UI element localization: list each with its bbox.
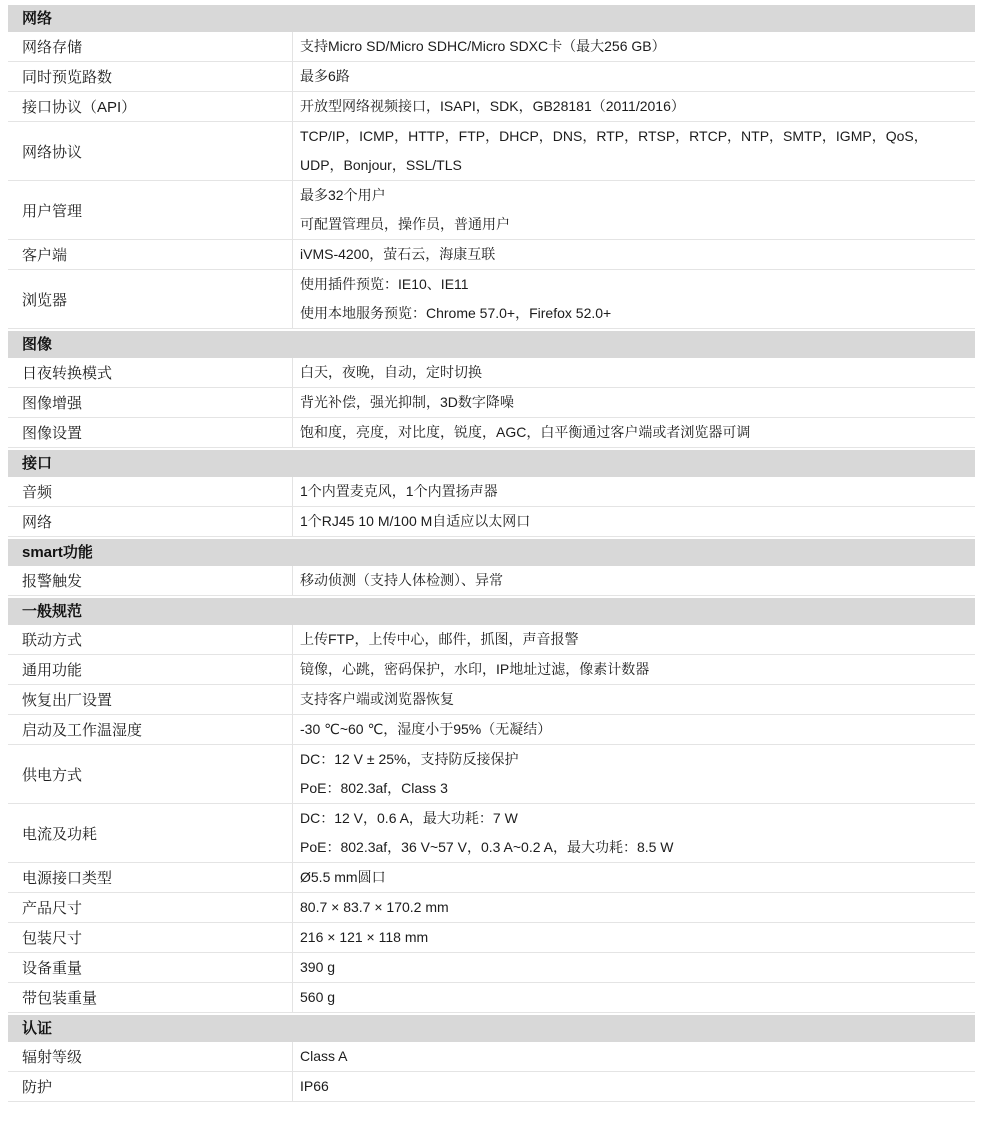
spec-value-line: 开放型网络视频接口，ISAPI，SDK，GB28181（2011/2016） xyxy=(300,92,975,121)
spec-label: 图像增强 xyxy=(8,388,292,417)
spec-value: 最多6路 xyxy=(292,62,975,91)
spec-label: 带包装重量 xyxy=(8,983,292,1012)
spec-row: 客户端iVMS-4200，萤石云，海康互联 xyxy=(8,240,975,270)
spec-label: 启动及工作温湿度 xyxy=(8,715,292,744)
spec-value-line: 背光补偿，强光抑制，3D数字降噪 xyxy=(300,388,975,417)
spec-value: 80.7 × 83.7 × 170.2 mm xyxy=(292,893,975,922)
spec-row: 辐射等级Class A xyxy=(8,1042,975,1072)
spec-value: -30 ℃~60 ℃，湿度小于95%（无凝结） xyxy=(292,715,975,744)
spec-row: 图像设置饱和度，亮度，对比度，锐度，AGC，白平衡通过客户端或者浏览器可调 xyxy=(8,418,975,448)
spec-label: 报警触发 xyxy=(8,566,292,595)
spec-value-line: 移动侦测（支持人体检测）、异常 xyxy=(300,566,975,595)
spec-value: 背光补偿，强光抑制，3D数字降噪 xyxy=(292,388,975,417)
spec-value: 390 g xyxy=(292,953,975,982)
spec-value-line: IP66 xyxy=(300,1072,975,1101)
spec-label: 电源接口类型 xyxy=(8,863,292,892)
spec-value-line: -30 ℃~60 ℃，湿度小于95%（无凝结） xyxy=(300,715,975,744)
spec-value: DC：12 V ± 25%，支持防反接保护PoE：802.3af，Class 3 xyxy=(292,745,975,803)
spec-value-line: 80.7 × 83.7 × 170.2 mm xyxy=(300,893,975,922)
spec-value: IP66 xyxy=(292,1072,975,1101)
spec-value: DC：12 V，0.6 A，最大功耗：7 WPoE：802.3af，36 V~5… xyxy=(292,804,975,862)
spec-value: iVMS-4200，萤石云，海康互联 xyxy=(292,240,975,269)
spec-value-line: Ø5.5 mm圆口 xyxy=(300,863,975,892)
spec-value: TCP/IP，ICMP，HTTP，FTP，DHCP，DNS，RTP，RTSP，R… xyxy=(292,122,975,180)
spec-row: 启动及工作温湿度-30 ℃~60 ℃，湿度小于95%（无凝结） xyxy=(8,715,975,745)
spec-value-line: Class A xyxy=(300,1042,975,1071)
spec-label: 用户管理 xyxy=(8,181,292,239)
spec-row: 网络1个RJ45 10 M/100 M自适应以太网口 xyxy=(8,507,975,537)
spec-row: 音频1个内置麦克风，1个内置扬声器 xyxy=(8,477,975,507)
spec-label: 产品尺寸 xyxy=(8,893,292,922)
spec-value-line: 1个内置麦克风，1个内置扬声器 xyxy=(300,477,975,506)
spec-label: 辐射等级 xyxy=(8,1042,292,1071)
spec-value: 1个RJ45 10 M/100 M自适应以太网口 xyxy=(292,507,975,536)
spec-label: 恢复出厂设置 xyxy=(8,685,292,714)
spec-value: 支持客户端或浏览器恢复 xyxy=(292,685,975,714)
spec-value-line: 216 × 121 × 118 mm xyxy=(300,923,975,952)
spec-value-line: 最多6路 xyxy=(300,62,975,91)
spec-value: 使用插件预览：IE10、IE11使用本地服务预览：Chrome 57.0+，Fi… xyxy=(292,270,975,328)
spec-label: 包装尺寸 xyxy=(8,923,292,952)
spec-value-line: UDP，Bonjour，SSL/TLS xyxy=(300,151,975,180)
spec-row: 用户管理最多32个用户可配置管理员，操作员，普通用户 xyxy=(8,181,975,240)
section-header: 网络 xyxy=(8,5,975,32)
spec-label: 同时预览路数 xyxy=(8,62,292,91)
spec-value: 216 × 121 × 118 mm xyxy=(292,923,975,952)
spec-table: 网络网络存储支持Micro SD/Micro SDHC/Micro SDXC卡（… xyxy=(8,5,975,1102)
spec-row: 产品尺寸80.7 × 83.7 × 170.2 mm xyxy=(8,893,975,923)
spec-label: 防护 xyxy=(8,1072,292,1101)
spec-value: Class A xyxy=(292,1042,975,1071)
spec-value-line: 支持Micro SD/Micro SDHC/Micro SDXC卡（最大256 … xyxy=(300,32,975,61)
spec-row: 设备重量390 g xyxy=(8,953,975,983)
spec-row: 报警触发移动侦测（支持人体检测）、异常 xyxy=(8,566,975,596)
spec-label: 网络 xyxy=(8,507,292,536)
spec-label: 浏览器 xyxy=(8,270,292,328)
spec-value-line: 上传FTP，上传中心，邮件，抓图，声音报警 xyxy=(300,625,975,654)
section-header: 认证 xyxy=(8,1015,975,1042)
spec-row: 恢复出厂设置支持客户端或浏览器恢复 xyxy=(8,685,975,715)
spec-value: 上传FTP，上传中心，邮件，抓图，声音报警 xyxy=(292,625,975,654)
spec-value: 镜像，心跳，密码保护，水印，IP地址过滤，像素计数器 xyxy=(292,655,975,684)
spec-label: 网络存储 xyxy=(8,32,292,61)
spec-row: 接口协议（API）开放型网络视频接口，ISAPI，SDK，GB28181（201… xyxy=(8,92,975,122)
spec-value-line: PoE：802.3af，Class 3 xyxy=(300,774,975,803)
spec-value-line: 1个RJ45 10 M/100 M自适应以太网口 xyxy=(300,507,975,536)
section-header: 接口 xyxy=(8,450,975,477)
spec-value-line: 镜像，心跳，密码保护，水印，IP地址过滤，像素计数器 xyxy=(300,655,975,684)
spec-row: 日夜转换模式白天，夜晚，自动，定时切换 xyxy=(8,358,975,388)
spec-row: 供电方式DC：12 V ± 25%，支持防反接保护PoE：802.3af，Cla… xyxy=(8,745,975,804)
spec-label: 网络协议 xyxy=(8,122,292,180)
spec-value-line: 使用本地服务预览：Chrome 57.0+，Firefox 52.0+ xyxy=(300,299,975,328)
spec-row: 图像增强背光补偿，强光抑制，3D数字降噪 xyxy=(8,388,975,418)
spec-label: 接口协议（API） xyxy=(8,92,292,121)
spec-value-line: 可配置管理员，操作员，普通用户 xyxy=(300,210,975,239)
spec-row: 电源接口类型Ø5.5 mm圆口 xyxy=(8,863,975,893)
spec-value-line: DC：12 V ± 25%，支持防反接保护 xyxy=(300,745,975,774)
spec-value: 1个内置麦克风，1个内置扬声器 xyxy=(292,477,975,506)
spec-label: 设备重量 xyxy=(8,953,292,982)
spec-value-line: 390 g xyxy=(300,953,975,982)
spec-row: 带包装重量560 g xyxy=(8,983,975,1013)
spec-value: 最多32个用户可配置管理员，操作员，普通用户 xyxy=(292,181,975,239)
spec-row: 网络存储支持Micro SD/Micro SDHC/Micro SDXC卡（最大… xyxy=(8,32,975,62)
section-header: 一般规范 xyxy=(8,598,975,625)
spec-value: 支持Micro SD/Micro SDHC/Micro SDXC卡（最大256 … xyxy=(292,32,975,61)
spec-row: 防护IP66 xyxy=(8,1072,975,1102)
spec-row: 包装尺寸216 × 121 × 118 mm xyxy=(8,923,975,953)
spec-value-line: iVMS-4200，萤石云，海康互联 xyxy=(300,240,975,269)
spec-value: 开放型网络视频接口，ISAPI，SDK，GB28181（2011/2016） xyxy=(292,92,975,121)
spec-value-line: 饱和度，亮度，对比度，锐度，AGC，白平衡通过客户端或者浏览器可调 xyxy=(300,418,975,447)
spec-value: 饱和度，亮度，对比度，锐度，AGC，白平衡通过客户端或者浏览器可调 xyxy=(292,418,975,447)
spec-value-line: 最多32个用户 xyxy=(300,181,975,210)
spec-label: 电流及功耗 xyxy=(8,804,292,862)
spec-label: 音频 xyxy=(8,477,292,506)
spec-label: 日夜转换模式 xyxy=(8,358,292,387)
spec-label: 客户端 xyxy=(8,240,292,269)
spec-label: 图像设置 xyxy=(8,418,292,447)
spec-row: 电流及功耗DC：12 V，0.6 A，最大功耗：7 WPoE：802.3af，3… xyxy=(8,804,975,863)
spec-value-line: 560 g xyxy=(300,983,975,1012)
spec-value-line: DC：12 V，0.6 A，最大功耗：7 W xyxy=(300,804,975,833)
section-header: 图像 xyxy=(8,331,975,358)
spec-value: 560 g xyxy=(292,983,975,1012)
spec-row: 同时预览路数最多6路 xyxy=(8,62,975,92)
spec-label: 联动方式 xyxy=(8,625,292,654)
spec-label: 通用功能 xyxy=(8,655,292,684)
spec-value-line: 支持客户端或浏览器恢复 xyxy=(300,685,975,714)
spec-value-line: 使用插件预览：IE10、IE11 xyxy=(300,270,975,299)
spec-value: 移动侦测（支持人体检测）、异常 xyxy=(292,566,975,595)
spec-row: 浏览器使用插件预览：IE10、IE11使用本地服务预览：Chrome 57.0+… xyxy=(8,270,975,329)
spec-value-line: TCP/IP，ICMP，HTTP，FTP，DHCP，DNS，RTP，RTSP，R… xyxy=(300,122,975,151)
spec-value: Ø5.5 mm圆口 xyxy=(292,863,975,892)
spec-row: 网络协议TCP/IP，ICMP，HTTP，FTP，DHCP，DNS，RTP，RT… xyxy=(8,122,975,181)
spec-row: 通用功能镜像，心跳，密码保护，水印，IP地址过滤，像素计数器 xyxy=(8,655,975,685)
spec-label: 供电方式 xyxy=(8,745,292,803)
section-header: smart功能 xyxy=(8,539,975,566)
spec-value-line: PoE：802.3af，36 V~57 V，0.3 A~0.2 A，最大功耗：8… xyxy=(300,833,975,862)
spec-value-line: 白天，夜晚，自动，定时切换 xyxy=(300,358,975,387)
spec-value: 白天，夜晚，自动，定时切换 xyxy=(292,358,975,387)
spec-row: 联动方式上传FTP，上传中心，邮件，抓图，声音报警 xyxy=(8,625,975,655)
